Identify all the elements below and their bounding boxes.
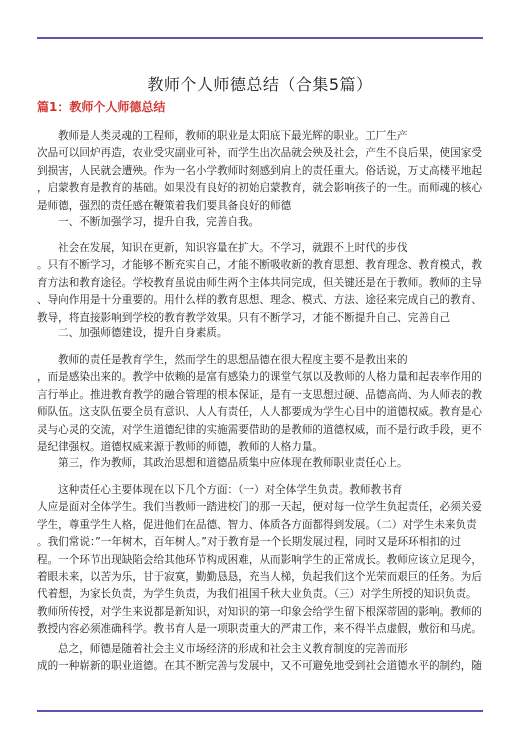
paragraph-line: 这种责任心主要体现在以下几个方面：（一）对全体学生负责。教师教书育 — [37, 482, 483, 499]
paragraph-line: 教授内容必须准确科学。教书育人是一项职责重大的严肃工作，来不得半点虚假，敷衍和马… — [37, 621, 483, 638]
paragraph-line: 人应是面对全体学生。我们当教师一踏进校门的那一天起，便对每一位学生负起责任，必须… — [37, 499, 483, 516]
paragraph-line: 社会在发展，知识在更新，知识容量在扩大。不学习，就跟不上时代的步伐 — [37, 240, 483, 257]
paragraph-line: 二、加强师德建设，提升自身素质。 — [37, 325, 483, 342]
paragraph: 社会在发展，知识在更新，知识容量在扩大。不学习，就跟不上时代的步伐。只有不断学习… — [37, 240, 483, 327]
paragraph-line: 。我们常说：”一年树木，百年树人。”对于教育是一个长期发展过程，同时又是环环相扣… — [37, 534, 483, 551]
paragraph-line: 言行举止。推进教育教学的融合管理的根本保证，是有一支思想过硬、品德高尚、为人师表… — [37, 387, 483, 404]
paragraph-line: 育方法和教育途径。学校教育虽说由师生两个主体共同完成，但关键还是在于教师。教师的… — [37, 275, 483, 292]
paragraph-line: 师队伍。这支队伍要全员有意识、人人有责任，人人都要成为学生心目中的道德权威。教育… — [37, 404, 483, 421]
bottom-divider — [37, 710, 483, 712]
section-heading: 篇1：教师个人师德总结 — [37, 98, 165, 115]
paragraph-line: 是师德，强烈的责任感在鞭策着我们要具备良好的师德 — [37, 198, 483, 215]
paragraph: 这种责任心主要体现在以下几个方面：（一）对全体学生负责。教师教书育人应是面对全体… — [37, 482, 483, 639]
paragraph-line: 成的一种崭新的职业道德。在其不断完善与发展中，又不可避免地受到社会道德水平的制约… — [37, 658, 483, 675]
paragraph: 二、加强师德建设，提升自身素质。 — [37, 325, 483, 342]
paragraph-line: 灵与心灵的交流，对学生道德纪律的实施需要借助的是教师的道德权威，而不是行政手段，… — [37, 422, 483, 439]
paragraph-line: 程。一个环节出现缺陷会给其他环节构成困难，从而影响学生的正常成长。教师应该立足现… — [37, 552, 483, 569]
paragraph-line: 代着想，为家长负责，为学生负责，为我们祖国千秋大业负责。（三）对学生所授的知识负… — [37, 586, 483, 603]
paragraph: 教师的责任是教育学生，然而学生的思想品德在很大程度主要不是教出来的，而是感染出来… — [37, 352, 483, 456]
paragraph: 一、不断加强学习，提升自我，完善自我。 — [37, 214, 483, 231]
paragraph-line: 一、不断加强学习，提升自我，完善自我。 — [37, 214, 483, 231]
paragraph-line: 。只有不断学习，才能够不断充实自己，才能不断吸收新的教育思想、教育理念、教育模式… — [37, 257, 483, 274]
paragraph-line: 着眼未来，以苦为乐，甘于寂寞，勤勤恳恳，充当人梯，负起我们这个光荣而艰巨的任务。… — [37, 569, 483, 586]
paragraph: 总之，师德是随着社会主义市场经济的形成和社会主义教育制度的完善而形成的一种崭新的… — [37, 641, 483, 676]
paragraph-line: 次品可以回炉再造，农业受灾副业可补，而学生出次品就会殃及社会，产生不良后果，使国… — [37, 145, 483, 162]
paragraph-line: 第三，作为教师，其政治思想和道德品质集中应体现在教师职业责任心上。 — [37, 455, 483, 472]
paragraph-line: 到损害，人民就会遭殃。作为一名小学教师时刻感到肩上的责任重大。俗话说，万丈高楼平… — [37, 163, 483, 180]
paragraph-line: ，而是感染出来的。教学中依赖的是富有感染力的课堂气氛以及教师的人格力量和起表率作… — [37, 369, 483, 386]
paragraph-line: 教师所传授，对学生来说都是新知识，对知识的第一印象会给学生留下根深蒂固的影响。教… — [37, 604, 483, 621]
paragraph: 第三，作为教师，其政治思想和道德品质集中应体现在教师职业责任心上。 — [37, 455, 483, 472]
paragraph-line: 总之，师德是随着社会主义市场经济的形成和社会主义教育制度的完善而形 — [37, 641, 483, 658]
paragraph-line: 是纪律强权。道德权威来源于教师的师德，教师的人格力量。 — [37, 439, 483, 456]
paragraph-line: 教师是人类灵魂的工程师，教师的职业是太阳底下最光辉的职业。工厂生产 — [37, 128, 483, 145]
paragraph-line: 教师的责任是教育学生，然而学生的思想品德在很大程度主要不是教出来的 — [37, 352, 483, 369]
top-divider — [37, 37, 483, 39]
document-title: 教师个人师德总结（合集5篇） — [0, 72, 520, 95]
paragraph-line: 、导向作用是十分重要的。用什么样的教育思想、理念、模式、方法、途径来完成自己的教… — [37, 292, 483, 309]
paragraph-line: ，启蒙教育是教育的基础。如果没有良好的初始启蒙教育，就会影响孩子的一生。而师魂的… — [37, 180, 483, 197]
paragraph-line: 学生，尊重学生人格，促进他们在品德、智力、体质各方面都得到发展。（二）对学生未来… — [37, 517, 483, 534]
paragraph: 教师是人类灵魂的工程师，教师的职业是太阳底下最光辉的职业。工厂生产次品可以回炉再… — [37, 128, 483, 215]
